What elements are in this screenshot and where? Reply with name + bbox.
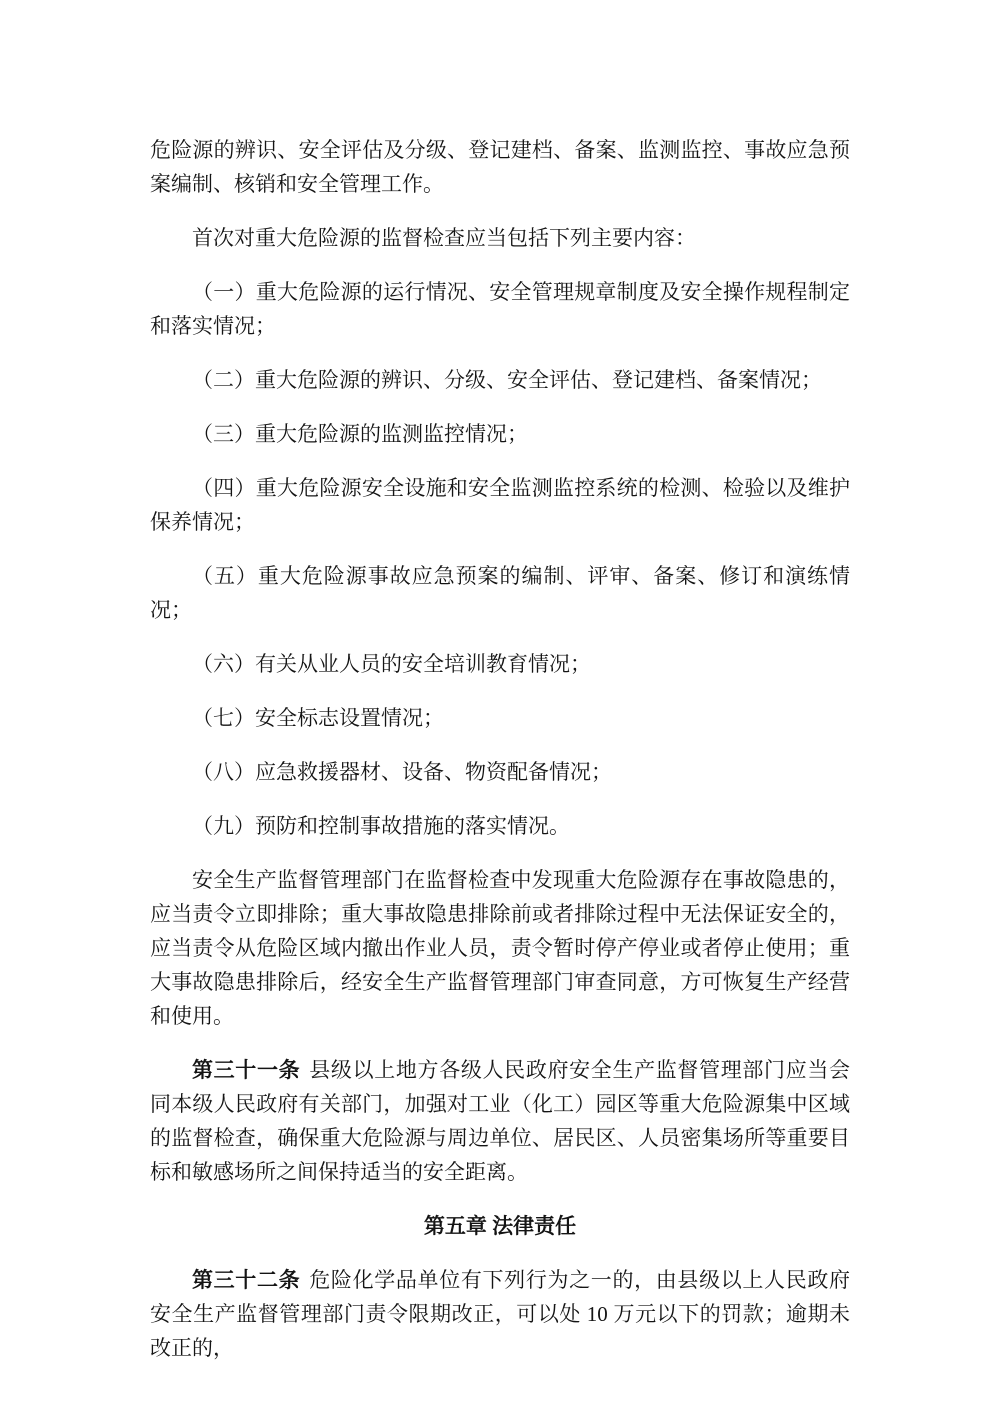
document-page: 危险源的辨识、安全评估及分级、登记建档、备案、监测监控、事故应急预案编制、核销和…	[0, 0, 1000, 1414]
chapter-heading: 第五章 法律责任	[150, 1209, 850, 1243]
list-item-6: （六）有关从业人员的安全培训教育情况；	[150, 647, 850, 681]
list-item-8: （八）应急救援器材、设备、物资配备情况；	[150, 755, 850, 789]
list-item-3: （三）重大危险源的监测监控情况；	[150, 417, 850, 451]
list-item-4: （四）重大危险源安全设施和安全监测监控系统的检测、检验以及维护保养情况；	[150, 471, 850, 539]
paragraph-intro: 首次对重大危险源的监督检查应当包括下列主要内容：	[150, 221, 850, 255]
paragraph-continuation: 危险源的辨识、安全评估及分级、登记建档、备案、监测监控、事故应急预案编制、核销和…	[150, 133, 850, 201]
list-item-1: （一）重大危险源的运行情况、安全管理规章制度及安全操作规程制定和落实情况；	[150, 275, 850, 343]
article-31-number: 第三十一条	[192, 1058, 300, 1082]
article-32-number: 第三十二条	[192, 1268, 300, 1292]
article-31: 第三十一条县级以上地方各级人民政府安全生产监督管理部门应当会同本级人民政府有关部…	[150, 1053, 850, 1189]
document-body: 危险源的辨识、安全评估及分级、登记建档、备案、监测监控、事故应急预案编制、核销和…	[150, 133, 850, 1365]
list-item-7: （七）安全标志设置情况；	[150, 701, 850, 735]
paragraph-enforcement: 安全生产监督管理部门在监督检查中发现重大危险源存在事故隐患的，应当责令立即排除；…	[150, 863, 850, 1033]
list-item-2: （二）重大危险源的辨识、分级、安全评估、登记建档、备案情况；	[150, 363, 850, 397]
article-32: 第三十二条危险化学品单位有下列行为之一的，由县级以上人民政府安全生产监督管理部门…	[150, 1263, 850, 1365]
list-item-9: （九）预防和控制事故措施的落实情况。	[150, 809, 850, 843]
list-item-5: （五）重大危险源事故应急预案的编制、评审、备案、修订和演练情况；	[150, 559, 850, 627]
